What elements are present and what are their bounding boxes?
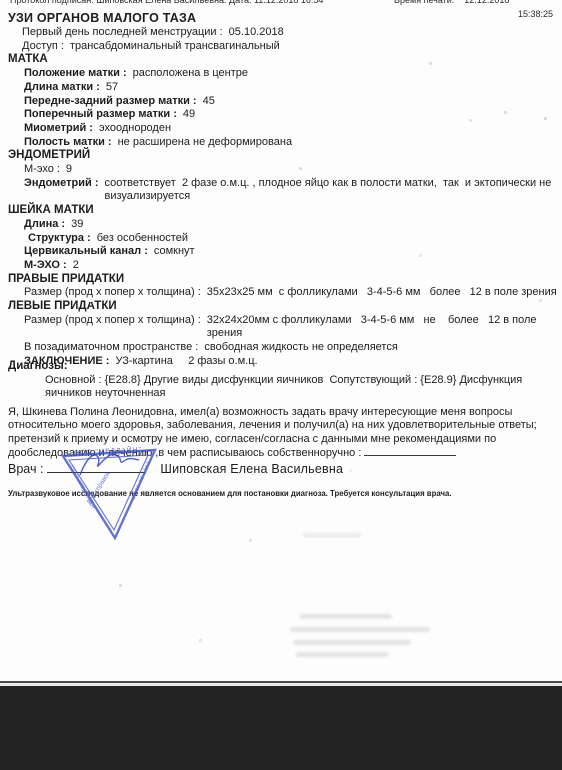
field-label: Эндометрий : [24, 177, 99, 191]
field-label: Первый день последней менструации : [22, 26, 223, 40]
field-label: М-ЭХО : [24, 259, 67, 273]
stamp-company-text: ООО "МЕДЛАЙН" [74, 444, 142, 457]
doctor-name: Шиповская Елена Васильевна [160, 462, 343, 476]
field-value: соответствует 2 фазе о.м.ц. , плодное яй… [105, 177, 562, 204]
report-field: Первый день последней менструации :05.10… [0, 26, 562, 40]
stamp-right-text: 2007.01-09/28 [129, 460, 151, 500]
scan-speckles [0, 0, 1, 1]
document-page: Протокол подписан: Шиповская Елена Васил… [0, 0, 562, 681]
section-heading: ШЕЙКА МАТКИ [0, 204, 562, 218]
report-field: Размер (прод х попер х толщина) :35х23х2… [0, 286, 562, 300]
diagnoses-heading: Диагнозы: [0, 360, 562, 374]
field-value: 45 [203, 95, 562, 109]
report-field: Миометрий :эхооднороден [0, 122, 562, 136]
field-label: Цервикальный канал : [24, 245, 148, 259]
field-value: 9 [66, 163, 562, 177]
field-label: Миометрий : [24, 122, 93, 136]
field-value: 32х24х20мм с фолликулами 3-4-5-6 мм не б… [207, 314, 562, 341]
section-heading: МАТКА [0, 53, 562, 67]
report-field: М-ЭХО :2 [0, 259, 562, 273]
protocol-signed-line: Протокол подписан: Шиповская Елена Васил… [10, 0, 323, 5]
report-lines: Первый день последней менструации :05.10… [0, 26, 562, 369]
section-heading: ЭНДОМЕТРИЙ [0, 149, 562, 163]
report-field: Цервикальный канал :сомкнут [0, 245, 562, 259]
field-label: Структура : [28, 232, 91, 246]
field-value: 05.10.2018 [229, 26, 562, 40]
field-label: Полость матки : [24, 136, 112, 150]
scan-artifact [296, 652, 388, 657]
doctor-label: Врач : [8, 462, 43, 476]
field-value: трансабдоминальный трансвагинальный [70, 40, 562, 54]
report-field: Длина матки :57 [0, 81, 562, 95]
field-label: М-эхо : [24, 163, 60, 177]
diagnoses-block: Диагнозы: Основной : {E28.8} Другие виды… [0, 360, 562, 401]
field-label: В позадиматочном пространстве : [24, 341, 198, 355]
report-field: Полость матки :не расширена не деформиро… [0, 136, 562, 150]
report-field: Размер (прод х попер х толщина) :32х24х2… [0, 314, 562, 341]
field-label: Размер (прод х попер х толщина) : [24, 286, 201, 300]
report-field: Положение матки :расположена в центре [0, 67, 562, 81]
field-value: 57 [106, 81, 562, 95]
clinic-stamp: ООО "МЕДЛАЙН" ООО МЕДЛАЙН 2007.01-09/28 … [52, 443, 170, 551]
field-label: Передне-задний размер матки : [24, 95, 197, 109]
report-field: Доступ :трансабдоминальный трансвагиналь… [0, 40, 562, 54]
report-title: УЗИ ОРГАНОВ МАЛОГО ТАЗА [8, 11, 196, 25]
field-value: 35х23х25 мм с фолликулами 3-4-5-6 мм бол… [207, 286, 562, 300]
section-heading: ПРАВЫЕ ПРИДАТКИ [0, 273, 562, 287]
report-field: Структура :без особенностей [0, 232, 562, 246]
scan-artifact [293, 640, 411, 645]
field-value: не расширена не деформирована [118, 136, 562, 150]
scan-artifact [290, 627, 430, 632]
field-label: Длина : [24, 218, 65, 232]
report-field: Передне-задний размер матки :45 [0, 95, 562, 109]
field-value: эхооднороден [99, 122, 562, 136]
scan-artifact [303, 533, 361, 537]
field-value: сомкнут [154, 245, 562, 259]
field-value: 2 [73, 259, 562, 273]
report-field: Эндометрий :соответствует 2 фазе о.м.ц. … [0, 177, 562, 204]
stamp-inner-text: Для справок [86, 471, 112, 507]
field-value: свободная жидкость не определяется [204, 341, 562, 355]
field-label: Поперечный размер матки : [24, 108, 177, 122]
section-heading: ЛЕВЫЕ ПРИДАТКИ [0, 300, 562, 314]
report-field: В позадиматочном пространстве :свободная… [0, 341, 562, 355]
viewer-background [0, 686, 562, 770]
field-label: Положение матки : [24, 67, 127, 81]
print-time: 15:38:25 [518, 9, 553, 19]
field-label: Длина матки : [24, 81, 100, 95]
scan-artifact [300, 614, 392, 619]
patient-signature-blank [364, 446, 456, 456]
field-value: 39 [71, 218, 562, 232]
field-value: 49 [183, 108, 562, 122]
report-field: Поперечный размер матки :49 [0, 108, 562, 122]
diagnoses-text: Основной : {E28.8} Другие виды дисфункци… [45, 374, 550, 401]
field-label: Размер (прод х попер х толщина) : [24, 314, 201, 328]
report-field: Длина :39 [0, 218, 562, 232]
print-date-line: Время печати: 12.12.2018 [394, 0, 509, 5]
report-field: М-эхо :9 [0, 163, 562, 177]
field-label: Доступ : [22, 40, 64, 54]
stamp-left-text: ООО МЕДЛАЙН [68, 464, 98, 510]
field-value: расположена в центре [133, 67, 562, 81]
field-value: без особенностей [97, 232, 562, 246]
